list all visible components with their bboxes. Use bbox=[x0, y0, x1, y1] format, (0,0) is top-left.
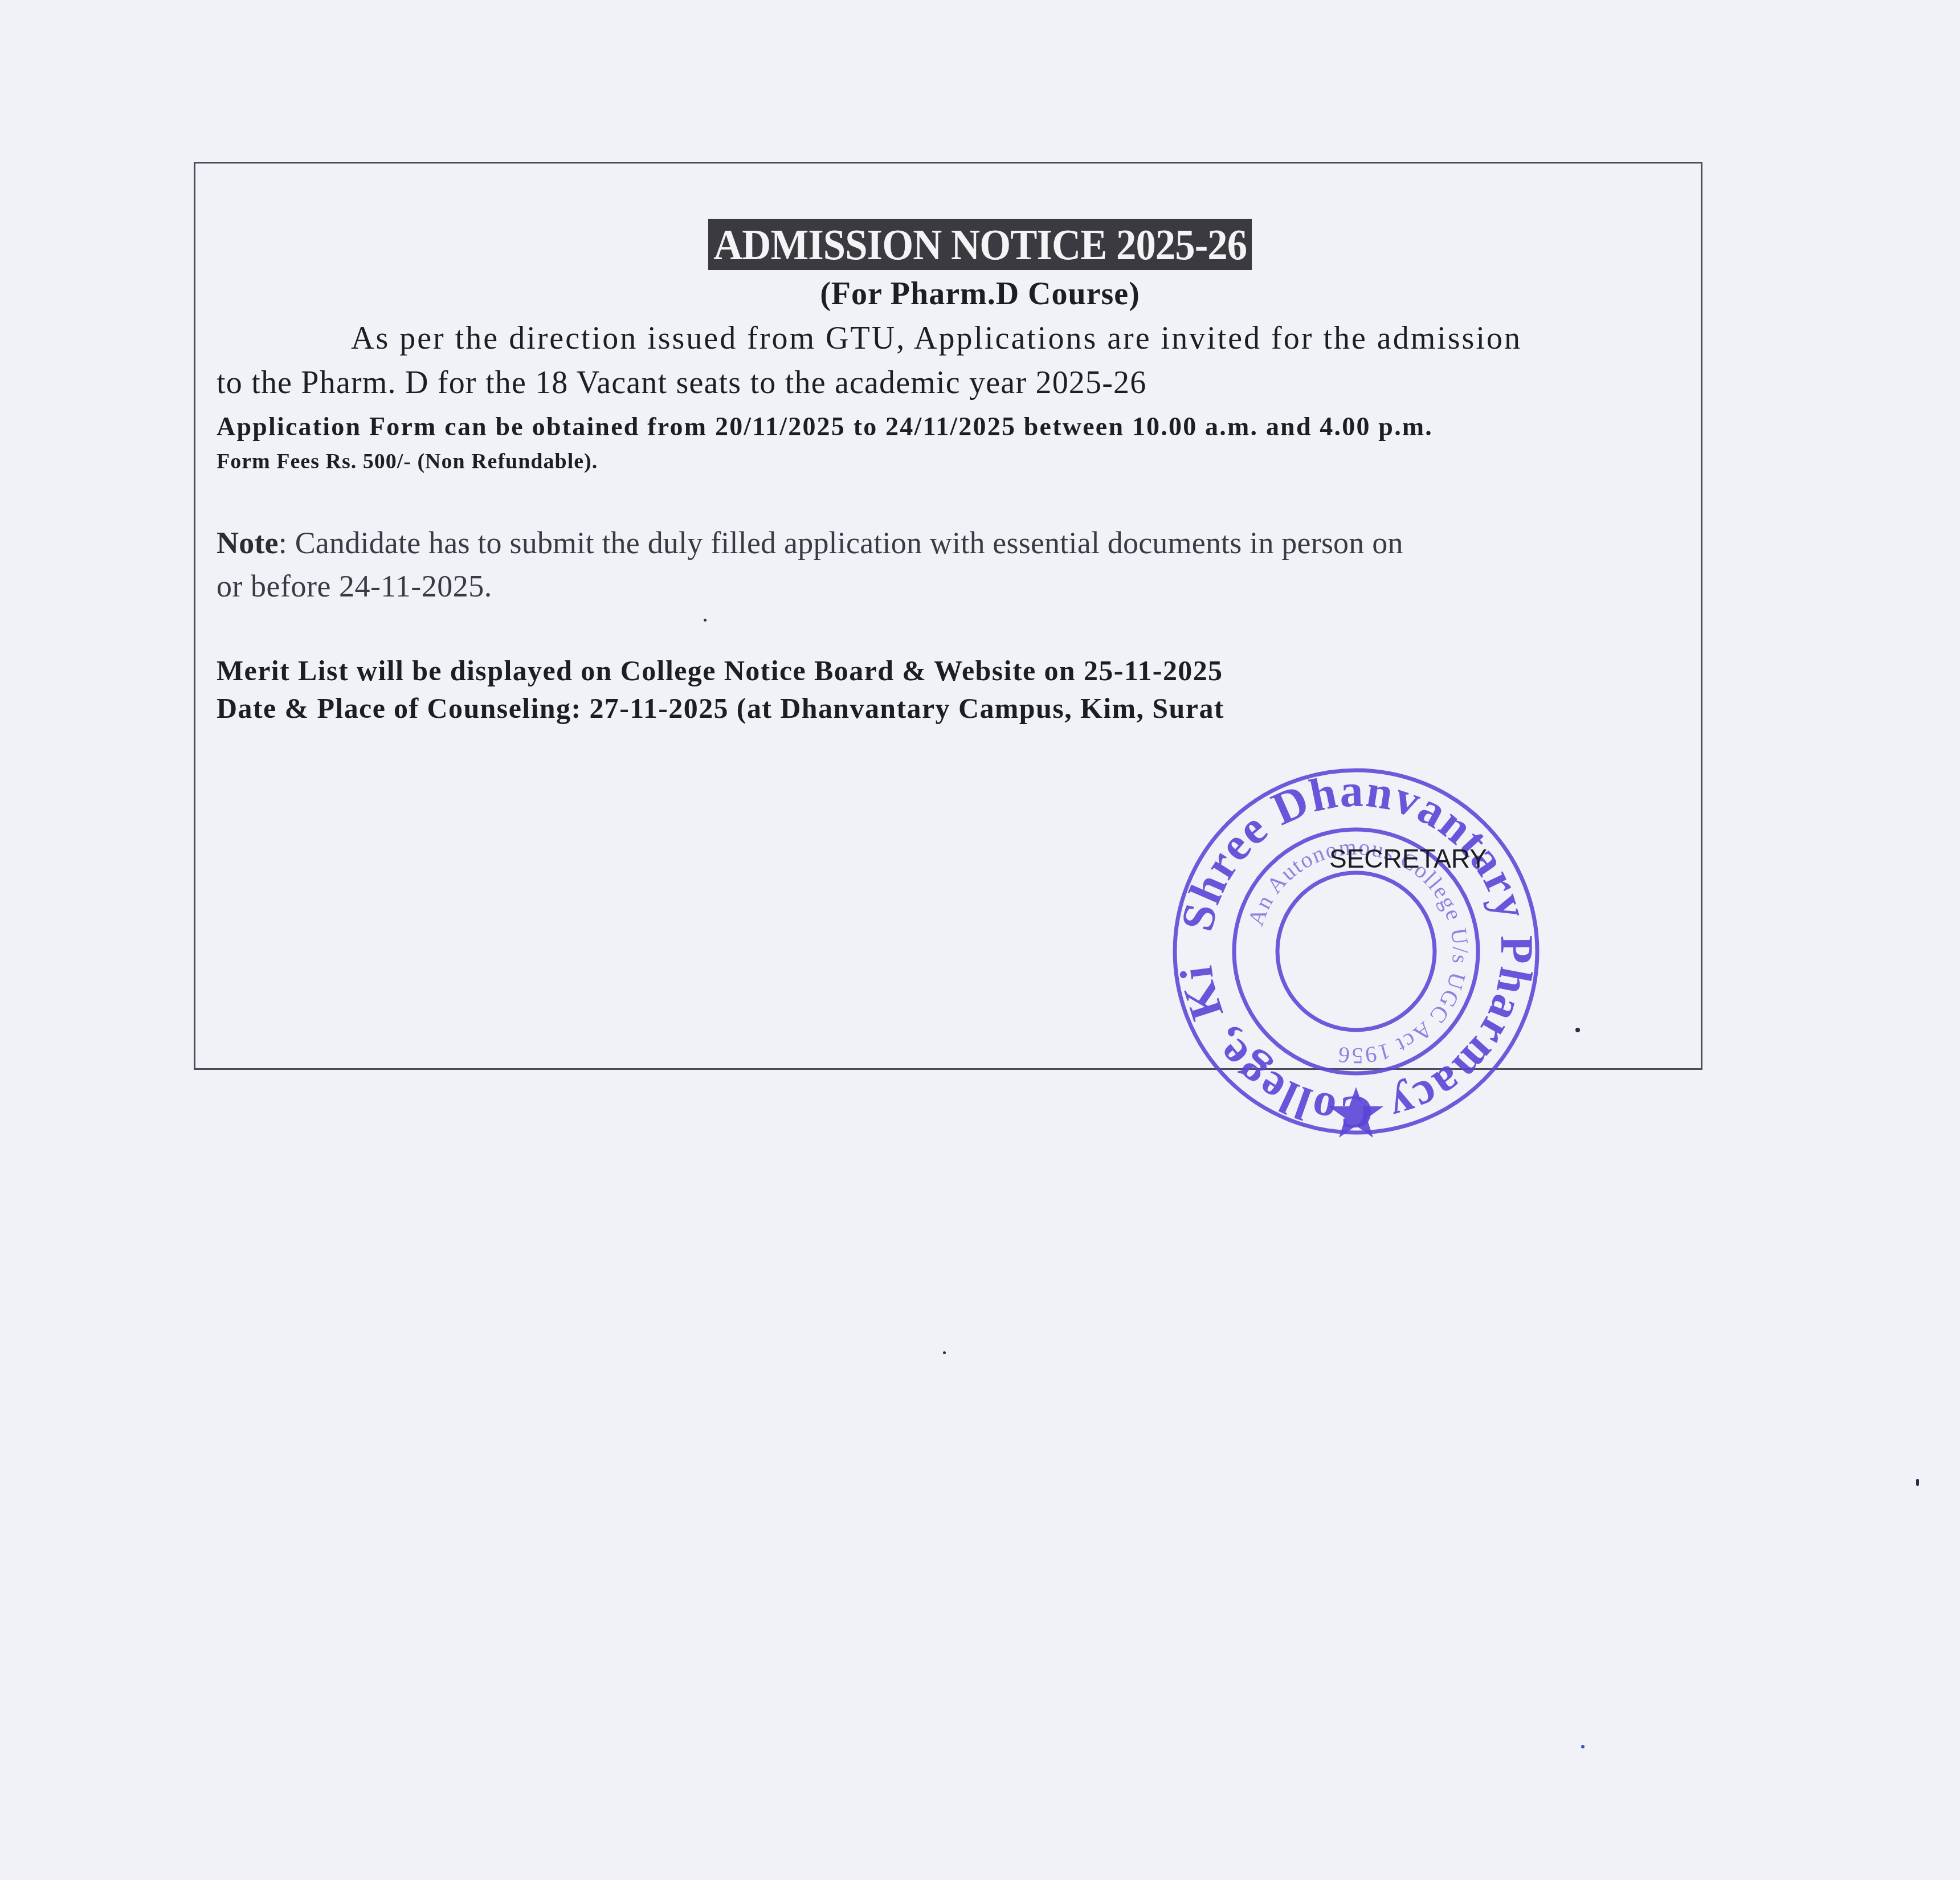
intro-line-1: As per the direction issued from GTU, Ap… bbox=[351, 320, 1522, 357]
note-line-1: Note: Candidate has to submit the duly f… bbox=[217, 525, 1403, 561]
secretary-signature-label: SECRETARY bbox=[1329, 843, 1487, 874]
scan-speck bbox=[1581, 1745, 1585, 1748]
notice-title: ADMISSION NOTICE 2025-26 bbox=[708, 219, 1252, 270]
note-line-2: or before 24-11-2025. bbox=[217, 569, 492, 604]
form-availability-text: Application Form can be obtained from 20… bbox=[217, 411, 1433, 442]
scan-speck bbox=[1575, 1028, 1580, 1032]
note-label: Note bbox=[217, 526, 279, 560]
seal-graphic: Shree Dhanvantary Pharmacy College, Kim … bbox=[1162, 758, 1550, 1145]
notice-subtitle: (For Pharm.D Course) bbox=[0, 276, 1960, 312]
notice-title-container: ADMISSION NOTICE 2025-26 bbox=[0, 219, 1960, 270]
svg-text:Shree Dhanvantary Pharmacy Col: Shree Dhanvantary Pharmacy College, Kim bbox=[1162, 758, 1543, 1138]
merit-list-text: Merit List will be displayed on College … bbox=[217, 654, 1223, 687]
form-fees-text: Form Fees Rs. 500/- (Non Refundable). bbox=[217, 449, 598, 474]
scan-speck bbox=[943, 1351, 946, 1354]
seal-outer-text: Shree Dhanvantary Pharmacy College, Kim bbox=[1162, 758, 1543, 1138]
intro-line-2: to the Pharm. D for the 18 Vacant seats … bbox=[217, 365, 1147, 401]
note-text: : Candidate has to submit the duly fille… bbox=[279, 526, 1403, 560]
scan-speck bbox=[1916, 1479, 1919, 1486]
scan-speck bbox=[704, 619, 707, 622]
college-seal-stamp: Shree Dhanvantary Pharmacy College, Kim … bbox=[1162, 758, 1550, 1145]
counseling-text: Date & Place of Counseling: 27-11-2025 (… bbox=[217, 692, 1224, 725]
